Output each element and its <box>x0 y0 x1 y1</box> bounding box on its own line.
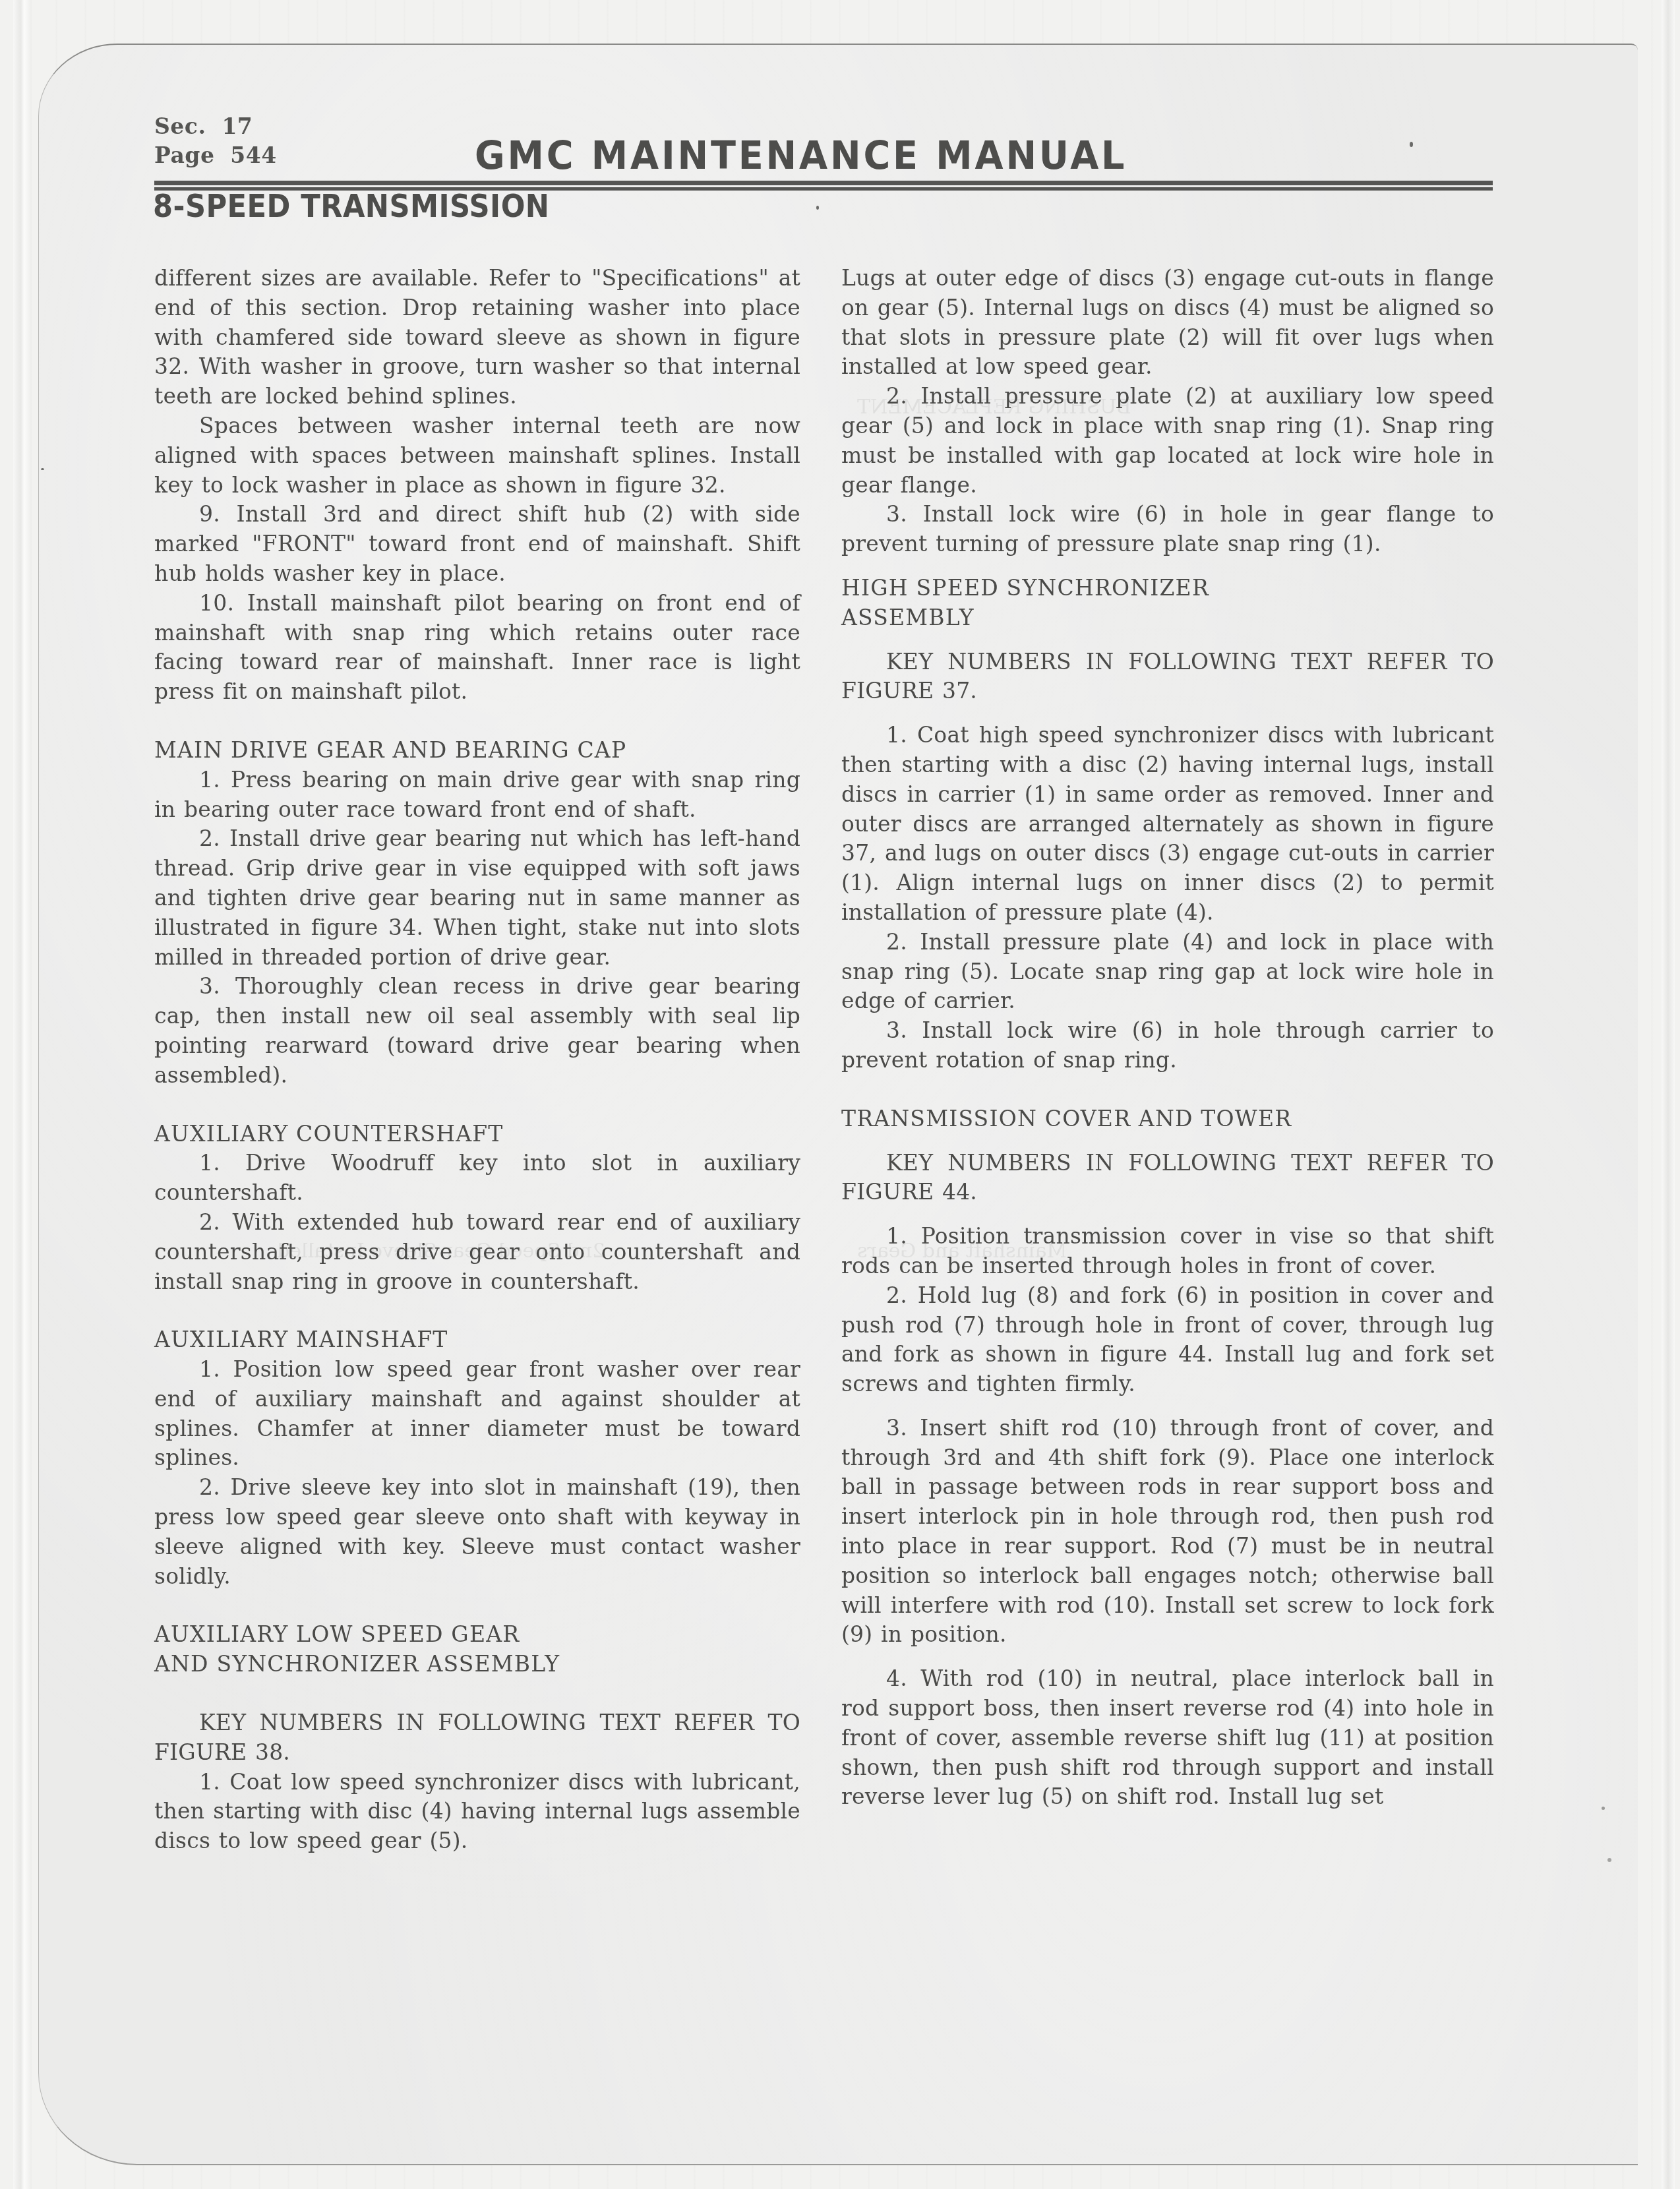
spacer <box>841 1207 1494 1222</box>
heading-aux-low-speed-line1: AUXILIARY LOW SPEED GEAR <box>154 1620 800 1650</box>
step: 2. Install pressure plate (2) at auxilia… <box>841 382 1494 500</box>
step: 1. Position transmission cover in vise s… <box>841 1222 1494 1281</box>
heading-high-speed-line2: ASSEMBLY <box>841 603 1494 633</box>
header-rule-thick <box>154 181 1493 185</box>
step: 2. Install drive gear bearing nut which … <box>154 824 800 972</box>
step: 1. Drive Woodruff key into slot in auxil… <box>154 1149 800 1208</box>
scan-speck <box>41 468 44 470</box>
left-column: different sizes are available. Refer to … <box>154 264 800 1856</box>
step: 2. Install pressure plate (4) and lock i… <box>841 928 1494 1016</box>
section-number: Sec. 17 <box>154 113 253 139</box>
step: 3. Insert shift rod (10) through front o… <box>841 1414 1494 1650</box>
spacer <box>841 633 1494 647</box>
paragraph: different sizes are available. Refer to … <box>154 264 800 411</box>
step: 4. With rod (10) in neutral, place inter… <box>841 1664 1494 1812</box>
spacer <box>154 1679 800 1708</box>
step: 2. Hold lug (8) and fork (6) in position… <box>841 1281 1494 1399</box>
step: 1. Press bearing on main drive gear with… <box>154 765 800 825</box>
paragraph: Lugs at outer edge of discs (3) engage c… <box>841 264 1494 382</box>
key-note: KEY NUMBERS IN FOLLOWING TEXT REFER TO F… <box>841 1149 1494 1208</box>
heading-high-speed-line1: HIGH SPEED SYNCHRONIZER <box>841 574 1494 603</box>
scan-speck <box>1410 142 1413 147</box>
step: 1. Coat low speed synchronizer discs wit… <box>154 1768 800 1856</box>
step: 3. Thoroughly clean recess in drive gear… <box>154 972 800 1090</box>
step: 2. Drive sleeve key into slot in mainsha… <box>154 1473 800 1591</box>
spacer <box>154 1296 800 1325</box>
scan-speck <box>1602 1807 1605 1810</box>
key-note: KEY NUMBERS IN FOLLOWING TEXT REFER TO F… <box>154 1708 800 1768</box>
spacer <box>841 1134 1494 1149</box>
page-number: Page 544 <box>154 142 277 168</box>
spacer <box>154 1091 800 1120</box>
step: 2. With extended hub toward rear end of … <box>154 1208 800 1296</box>
heading-main-drive-gear: MAIN DRIVE GEAR AND BEARING CAP <box>154 736 800 765</box>
spacer <box>154 1591 800 1620</box>
manual-title: GMC MAINTENANCE MANUAL <box>475 133 1127 178</box>
spacer <box>154 707 800 736</box>
key-note: KEY NUMBERS IN FOLLOWING TEXT REFER TO F… <box>841 647 1494 707</box>
spacer <box>841 1399 1494 1414</box>
spacer <box>841 1650 1494 1664</box>
step: 1. Coat high speed synchronizer discs wi… <box>841 721 1494 928</box>
step: 3. Install lock wire (6) in hole through… <box>841 1016 1494 1075</box>
spacer <box>841 1075 1494 1104</box>
spacer <box>841 706 1494 721</box>
spacer <box>841 559 1494 574</box>
step-9: 9. Install 3rd and direct shift hub (2) … <box>154 500 800 588</box>
scanner-edge-left <box>13 0 32 2189</box>
heading-cover-tower: TRANSMISSION COVER AND TOWER <box>841 1104 1494 1134</box>
paragraph: Spaces between washer internal teeth are… <box>154 411 800 500</box>
section-title: 8-SPEED TRANSMISSION <box>153 188 549 225</box>
step: 1. Position low speed gear front washer … <box>154 1355 800 1473</box>
heading-aux-mainshaft: AUXILIARY MAINSHAFT <box>154 1325 800 1355</box>
scanner-edge-right <box>1662 0 1675 2189</box>
right-column: Lugs at outer edge of discs (3) engage c… <box>841 264 1494 1812</box>
heading-aux-low-speed-line2: AND SYNCHRONIZER ASSEMBLY <box>154 1650 800 1679</box>
scan-speck <box>816 206 819 210</box>
heading-aux-countershaft: AUXILIARY COUNTERSHAFT <box>154 1120 800 1149</box>
step: 3. Install lock wire (6) in hole in gear… <box>841 500 1494 559</box>
scan-speck <box>1607 1858 1611 1862</box>
step-10: 10. Install mainshaft pilot bearing on f… <box>154 589 800 707</box>
